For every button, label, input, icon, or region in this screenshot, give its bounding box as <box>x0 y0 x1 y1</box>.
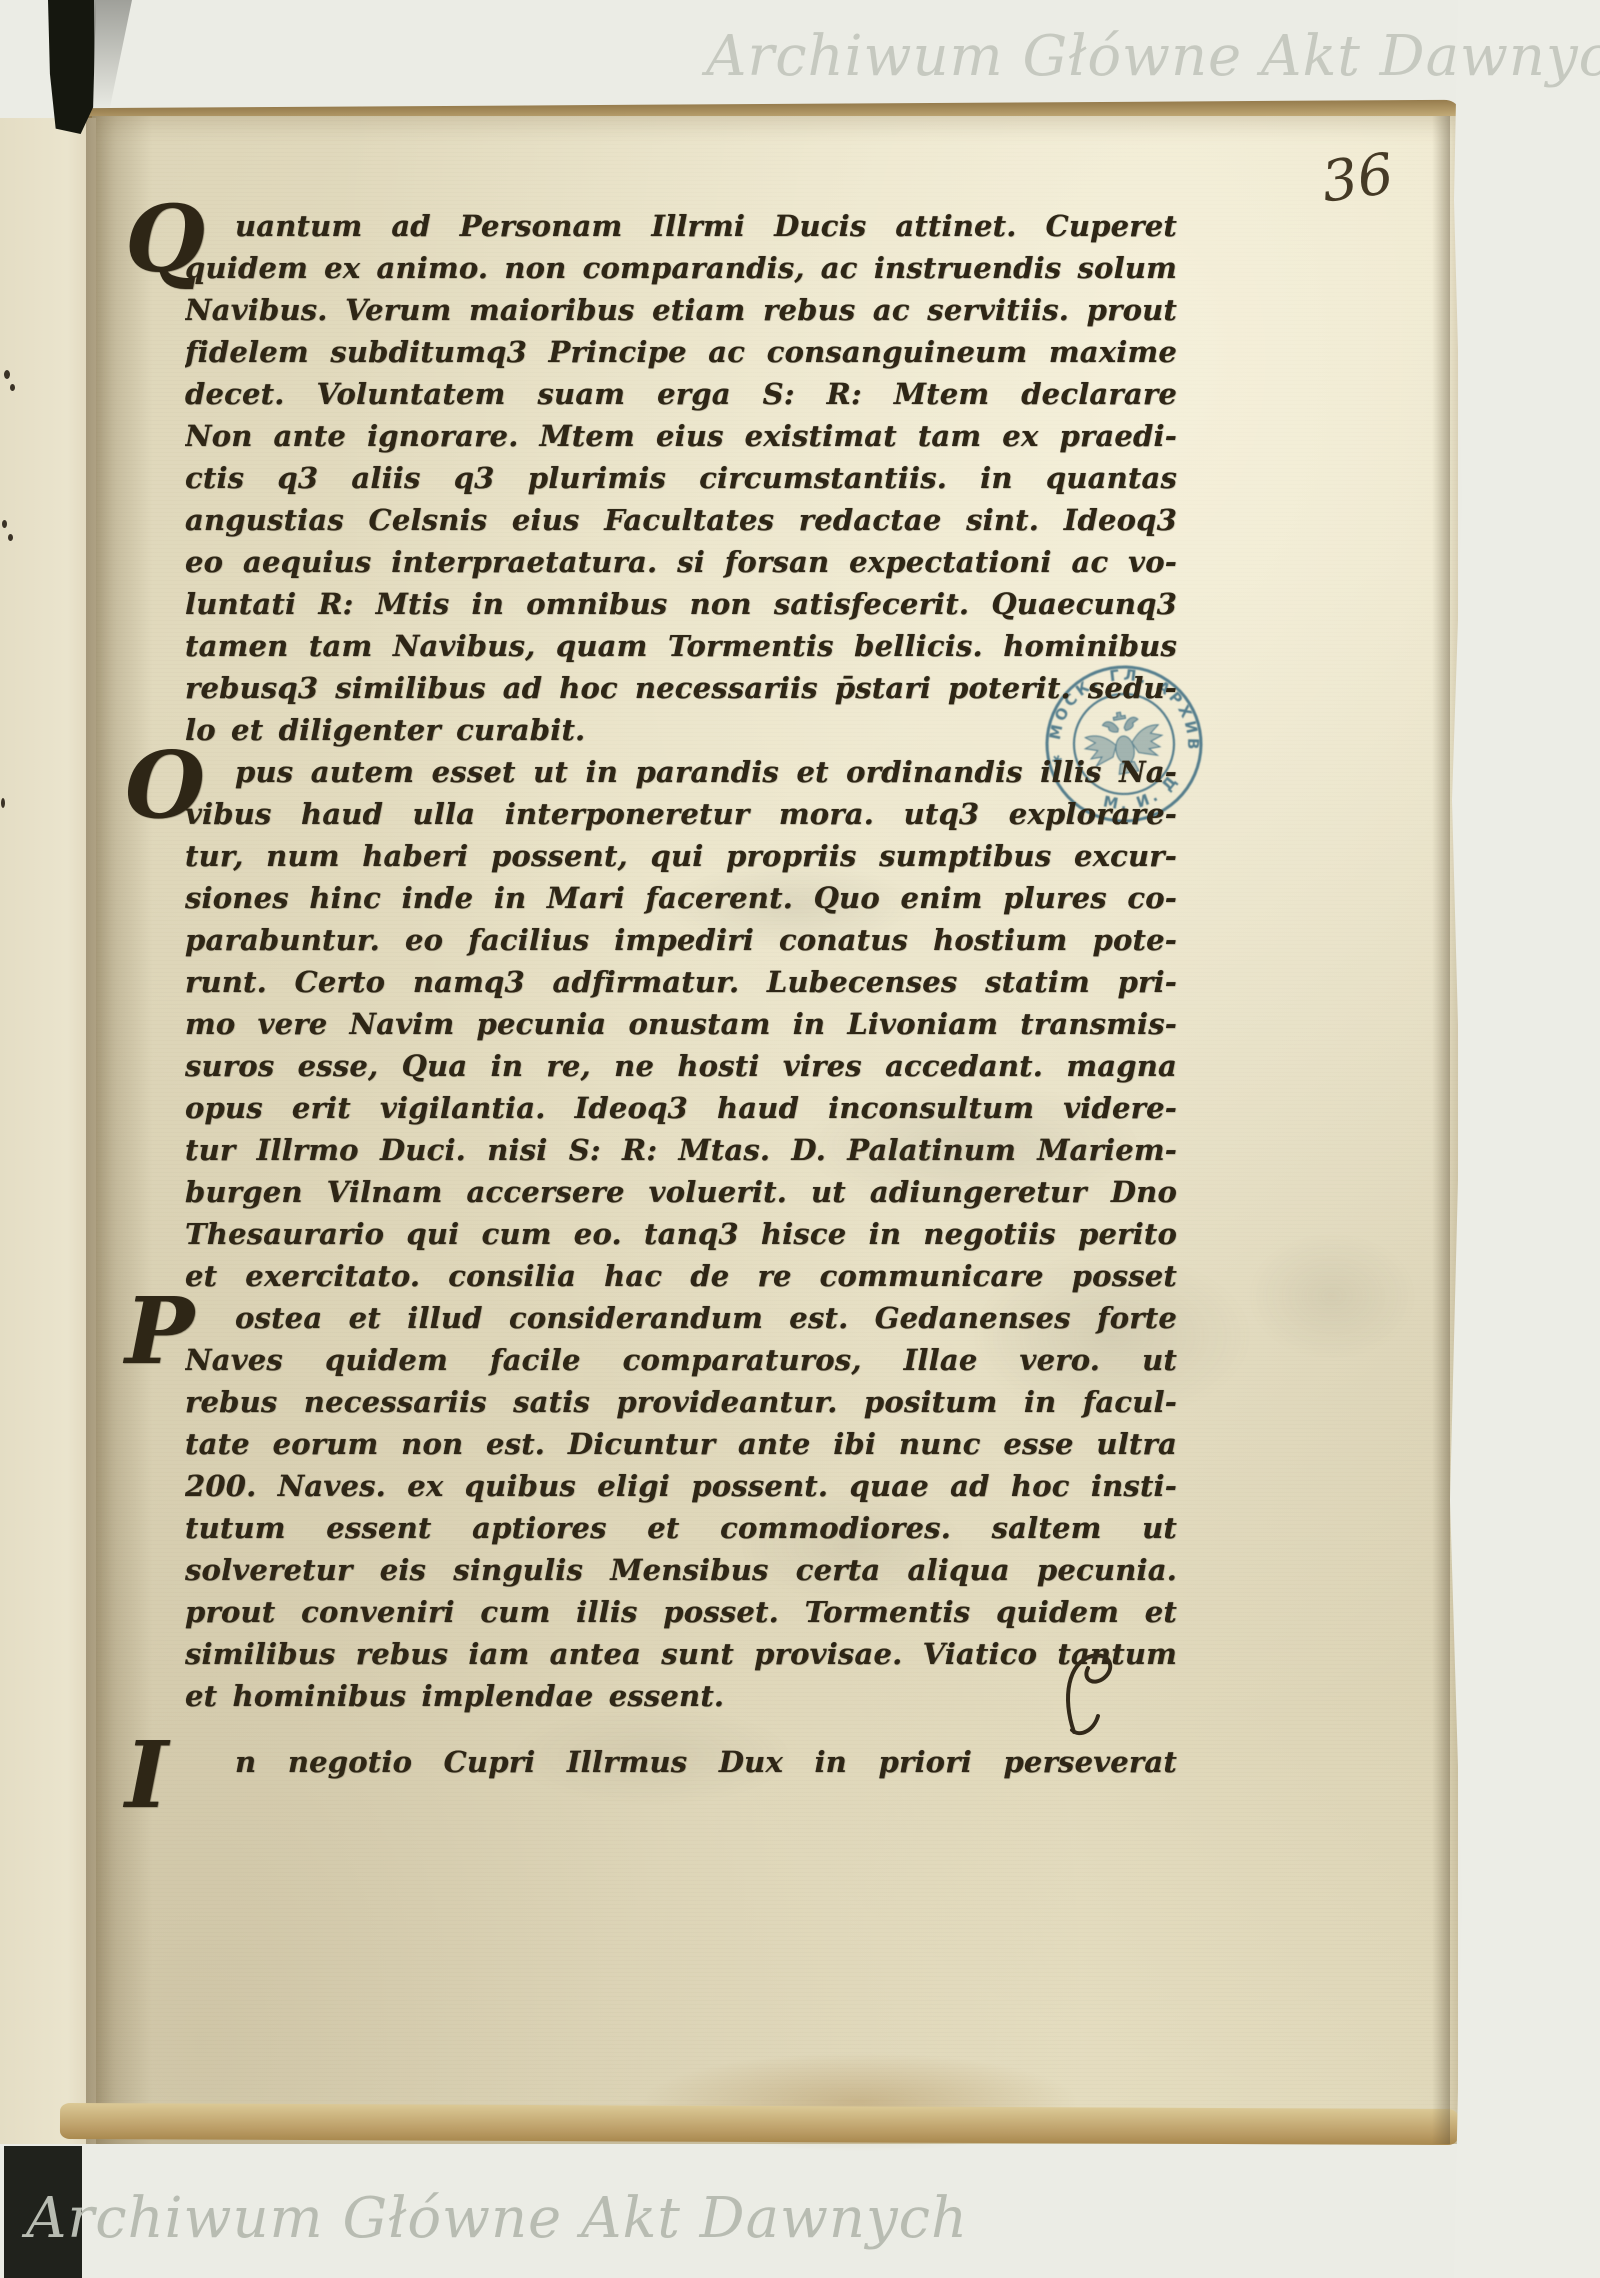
manuscript-line: Thesaurario qui cum eo. tanq3 hisce in n… <box>185 1213 1177 1255</box>
manuscript-line: tur Illrmo Duci. nisi S: R: Mtas. D. Pal… <box>185 1129 1177 1171</box>
ink-speck <box>2 520 7 528</box>
manuscript-line: fidelem subditumq3 Principe ac consangui… <box>185 331 1177 373</box>
manuscript-paragraph: Postea et illud considerandum est. Gedan… <box>185 1297 1177 1717</box>
manuscript-line: uantum ad Personam Illrmi Ducis attinet.… <box>185 205 1177 247</box>
manuscript-line: luntati R: Mtis in omnibus non satisfece… <box>185 583 1177 625</box>
manuscript-line: tamen tam Navibus, quam Tormentis bellic… <box>185 625 1177 667</box>
manuscript-line: angustias Celsnis eius Facultates redact… <box>185 499 1177 541</box>
manuscript-line: rebus necessariis satis provideantur. po… <box>185 1381 1177 1423</box>
paragraph-initial: O <box>125 739 205 831</box>
manuscript-line: similibus rebus iam antea sunt provisae.… <box>185 1633 1177 1675</box>
manuscript-paragraph: Opus autem esset ut in parandis et ordin… <box>185 751 1177 1297</box>
manuscript-line: parabuntur. eo facilius impediri conatus… <box>185 919 1177 961</box>
manuscript-line: burgen Vilnam accersere voluerit. ut adi… <box>185 1171 1177 1213</box>
ink-speck <box>10 384 15 391</box>
manuscript-line: opus erit vigilantia. Ideoq3 haud incons… <box>185 1087 1177 1129</box>
ink-speck <box>4 370 10 379</box>
manuscript-line: decet. Voluntatem suam erga S: R: Mtem d… <box>185 373 1177 415</box>
manuscript-line: tate eorum non est. Dicuntur ante ibi nu… <box>185 1423 1177 1465</box>
manuscript-line: et hominibus implendae essent. <box>185 1675 1177 1717</box>
manuscript-line: quidem ex animo. non comparandis, ac ins… <box>185 247 1177 289</box>
paragraph-initial: P <box>125 1285 194 1377</box>
manuscript-line: tutum essent aptiores et commodiores. sa… <box>185 1507 1177 1549</box>
page-bottom-edge <box>60 2103 1458 2145</box>
manuscript-line: suros esse, Qua in re, ne hosti vires ac… <box>185 1045 1177 1087</box>
paragraph-initial: Q <box>125 193 205 285</box>
ink-speck <box>8 534 13 541</box>
folio-number: 36 <box>1318 141 1398 215</box>
archive-watermark-bottom: Archiwum Główne Akt Dawnych <box>26 2186 968 2251</box>
manuscript-scan: Archiwum Główne Akt Dawnych Archiwum Głó… <box>0 0 1600 2278</box>
paragraph-initial: I <box>125 1729 168 1821</box>
manuscript-line: rebusq3 similibus ad hoc necessariis p̄s… <box>185 667 1177 709</box>
manuscript-line: pus autem esset ut in parandis et ordina… <box>185 751 1177 793</box>
manuscript-line: vibus haud ulla interponeretur mora. utq… <box>185 793 1177 835</box>
manuscript-line: tur, num haberi possent, qui propriis su… <box>185 835 1177 877</box>
manuscript-line: mo vere Navim pecunia onustam in Livonia… <box>185 1003 1177 1045</box>
manuscript-line: 200. Naves. ex quibus eligi possent. qua… <box>185 1465 1177 1507</box>
binding-gutter <box>86 116 164 2144</box>
manuscript-line: lo et diligenter curabit. <box>185 709 1177 751</box>
manuscript-line: Navibus. Verum maioribus etiam rebus ac … <box>185 289 1177 331</box>
page-right-deckle-edge <box>1444 0 1600 2278</box>
manuscript-line: siones hinc inde in Mari facerent. Quo e… <box>185 877 1177 919</box>
scribal-flourish-icon <box>1058 1646 1130 1742</box>
manuscript-line: ctis q3 aliis q3 plurimis circumstantiis… <box>185 457 1177 499</box>
facing-page-edge <box>0 118 96 2144</box>
page-edge-shadow <box>1432 116 1450 2144</box>
manuscript-paragraph: In negotio Cupri Illrmus Dux in priori p… <box>185 1741 1177 1783</box>
manuscript-line: prout conveniri cum illis posset. Tormen… <box>185 1591 1177 1633</box>
manuscript-line: Naves quidem facile comparaturos, Illae … <box>185 1339 1177 1381</box>
binding-ribbon-top <box>48 0 96 134</box>
binding-shadow-wedge <box>94 0 132 122</box>
manuscript-line: n negotio Cupri Illrmus Dux in priori pe… <box>185 1741 1177 1783</box>
manuscript-line: eo aequius interpraetatura. si forsan ex… <box>185 541 1177 583</box>
manuscript-line: solveretur eis singulis Mensibus certa a… <box>185 1549 1177 1591</box>
manuscript-paragraph: Quantum ad Personam Illrmi Ducis attinet… <box>185 205 1177 751</box>
manuscript-text: Quantum ad Personam Illrmi Ducis attinet… <box>185 205 1177 1783</box>
manuscript-line: et exercitato. consilia hac de re commun… <box>185 1255 1177 1297</box>
manuscript-line: Non ante ignorare. Mtem eius existimat t… <box>185 415 1177 457</box>
ink-speck <box>1 798 5 808</box>
manuscript-line: ostea et illud considerandum est. Gedane… <box>185 1297 1177 1339</box>
archive-watermark-top: Archiwum Główne Akt Dawnych <box>706 24 1600 89</box>
manuscript-line: runt. Certo namq3 adfirmatur. Lubecenses… <box>185 961 1177 1003</box>
